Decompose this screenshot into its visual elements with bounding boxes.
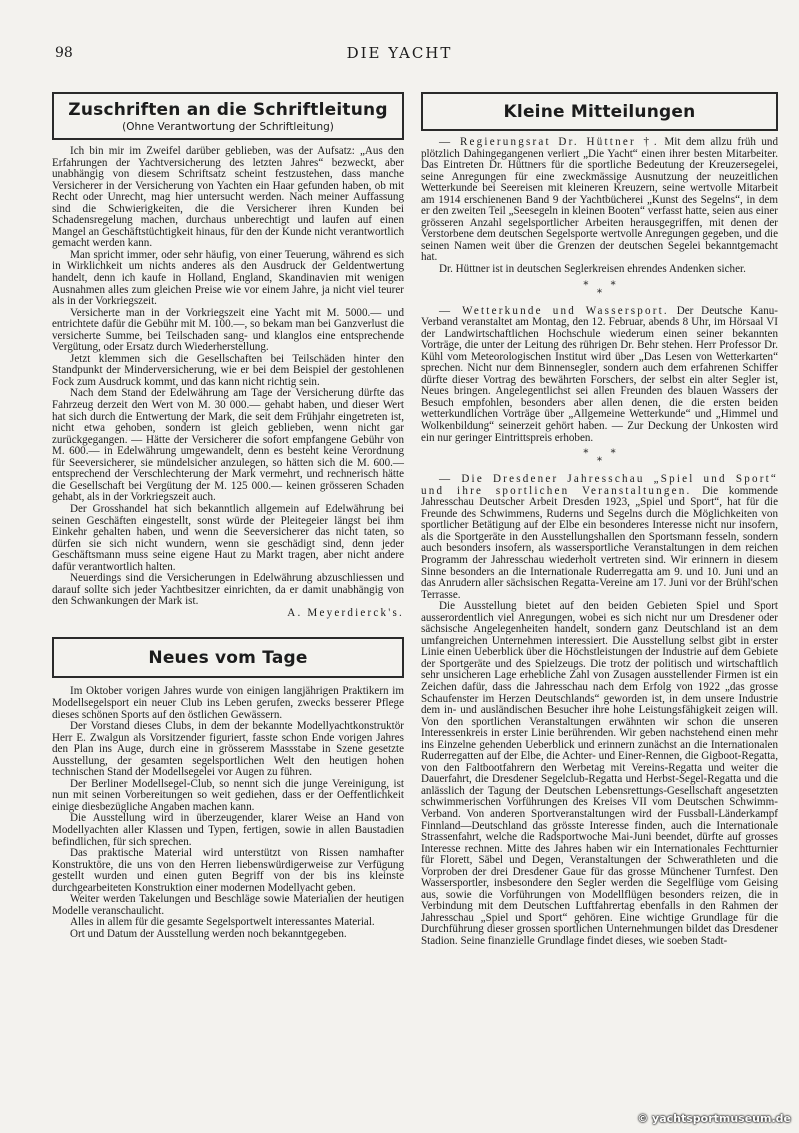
news-item-lead: — Regierungsrat Dr. Hüttner †. <box>439 136 659 148</box>
news-item-body: Mit dem allzu früh und plötzlich Dahinge… <box>421 136 778 263</box>
paragraph: Die Ausstellung bietet auf den beiden Ge… <box>421 601 778 947</box>
paragraph: Jetzt klemmen sich die Gesellschaften be… <box>52 354 404 389</box>
paragraph: Weiter werden Takelungen und Beschläge s… <box>52 894 404 917</box>
section-header-zuschriften: Zuschriften an die Schriftleitung (Ohne … <box>52 92 404 140</box>
section-header-kleine-mitteilungen: Kleine Mitteilungen <box>421 92 778 131</box>
left-column: Zuschriften an die Schriftleitung (Ohne … <box>52 92 404 940</box>
paragraph: Das praktische Material wird unterstützt… <box>52 848 404 894</box>
section-subtitle: (Ohne Verantwortung der Schriftleitung) <box>58 121 398 133</box>
news-item: — Regierungsrat Dr. Hüttner †. Mit dem a… <box>421 137 778 264</box>
running-head: DIE YACHT <box>0 44 799 62</box>
paragraph: Neuerdings sind die Versicherungen in Ed… <box>52 573 404 608</box>
section-title: Neues vom Tage <box>58 648 398 668</box>
right-column: Kleine Mitteilungen — Regierungsrat Dr. … <box>421 92 778 948</box>
paragraph: Ich bin mir im Zweifel darüber geblieben… <box>52 146 404 250</box>
paragraph: Versicherte man in der Vorkriegszeit ein… <box>52 308 404 354</box>
paragraph: Der Berliner Modellsegel-Club, so nennt … <box>52 779 404 814</box>
paragraph: Der Vorstand dieses Clubs, in dem der be… <box>52 721 404 779</box>
news-item: — Die Dresdener Jahresschau „Spiel und S… <box>421 474 778 601</box>
separator-asterism: * ** <box>421 450 778 466</box>
paragraph: Die Ausstellung wird in überzeugender, k… <box>52 813 404 848</box>
section-header-neues-vom-tage: Neues vom Tage <box>52 637 404 678</box>
paragraph: Dr. Hüttner ist in deutschen Seglerkreis… <box>421 264 778 276</box>
paragraph: Nach dem Stand der Edelwährung am Tage d… <box>52 388 404 503</box>
section-title: Kleine Mitteilungen <box>427 102 772 122</box>
news-item-body: Die kommende Jahresschau Deutscher Arbei… <box>421 485 778 601</box>
paragraph: Ort und Datum der Ausstellung werden noc… <box>52 929 404 941</box>
news-item: — Wetterkunde und Wassersport. Der Deuts… <box>421 306 778 445</box>
news-item-lead: — Wetterkunde und Wassersport. <box>439 305 669 317</box>
section-title: Zuschriften an die Schriftleitung <box>58 100 398 120</box>
news-item-body: Der Deutsche Kanu-Verband veranstaltet a… <box>421 305 778 444</box>
separator-asterism: * ** <box>421 282 778 298</box>
author-signature: A. Meyerdierck's. <box>52 608 404 620</box>
paragraph: Der Grosshandel hat sich bekanntlich all… <box>52 504 404 573</box>
copyright-watermark: © yachtsportmuseum.de <box>637 1112 791 1125</box>
paragraph: Im Oktober vorigen Jahres wurde von eini… <box>52 686 404 721</box>
paragraph: Man spricht immer, oder sehr häufig, von… <box>52 250 404 308</box>
